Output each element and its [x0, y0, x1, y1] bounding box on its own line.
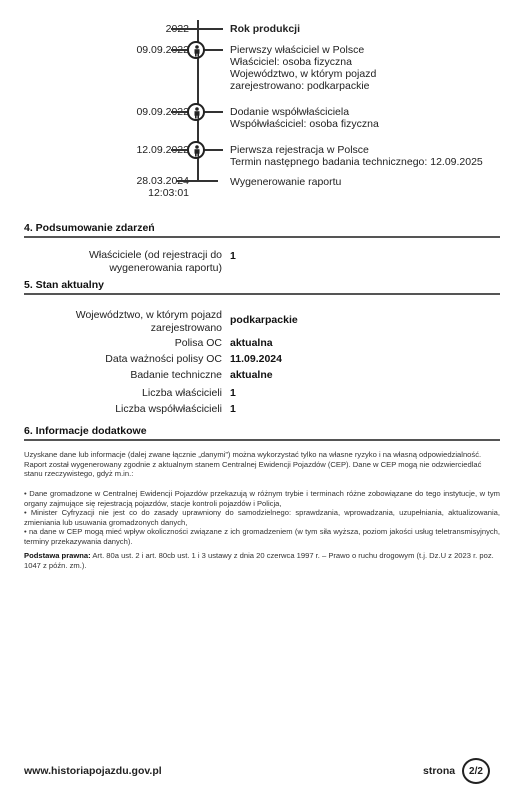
- legal-basis-text: Art. 80a ust. 2 i art. 80cb ust. 1 i 3 u…: [24, 551, 494, 570]
- kv-label: Data ważności polisy OC: [105, 353, 222, 366]
- person-icon: [187, 141, 205, 159]
- section-title-summary: 4. Podsumowanie zdarzeń: [24, 222, 500, 238]
- kv-value: aktualne: [230, 369, 273, 382]
- kv-label: Liczba właścicieli: [142, 387, 222, 400]
- kv-value: aktualna: [230, 337, 273, 350]
- info-bullet: • Dane gromadzone w Centralnej Ewidencji…: [24, 489, 500, 508]
- kv-label: Liczba współwłaścicieli: [115, 403, 222, 416]
- section-title-additional-info: 6. Informacje dodatkowe: [24, 425, 500, 441]
- page-number-badge: 2/2: [462, 758, 490, 784]
- section-title-current-state: 5. Stan aktualny: [24, 279, 500, 295]
- info-bullet: • na dane w CEP mogą mieć wpływ okoliczn…: [24, 527, 500, 546]
- kv-value: 11.09.2024: [230, 353, 282, 366]
- legal-basis-label: Podstawa prawna:: [24, 551, 91, 560]
- info-intro: Uzyskane dane lub informacje (dalej zwan…: [24, 450, 500, 479]
- info-bullets: • Dane gromadzone w Centralnej Ewidencji…: [24, 489, 500, 547]
- event-detail: Województwo, w którym pojazd: [230, 68, 376, 80]
- event-detail: zarejestrowano: podkarpackie: [230, 80, 370, 92]
- kv-label: Właściciele (od rejestracji do wygenerow…: [89, 249, 222, 274]
- legal-basis: Podstawa prawna: Art. 80a ust. 2 i art. …: [24, 551, 500, 570]
- footer-website-link[interactable]: www.historiapojazdu.gov.pl: [24, 765, 162, 777]
- event-detail: Współwłaściciel: osoba fizyczna: [230, 118, 379, 130]
- kv-value: 1: [230, 250, 236, 263]
- kv-value: 1: [230, 387, 236, 400]
- event-title: Pierwsza rejestracja w Polsce: [230, 144, 369, 156]
- kv-label-line: Właściciele (od rejestracji do: [89, 249, 222, 262]
- timeline-end-bar: [176, 180, 218, 182]
- event-title: Rok produkcji: [230, 23, 300, 35]
- event-detail: Termin następnego badania technicznego: …: [230, 156, 483, 168]
- event-title: Dodanie współwłaściciela: [230, 106, 349, 118]
- kv-label-line: Województwo, w którym pojazd: [76, 309, 222, 322]
- page-label: strona: [423, 765, 455, 777]
- kv-value: podkarpackie: [230, 314, 298, 327]
- kv-label: Polisa OC: [175, 337, 222, 350]
- info-bullet: • Minister Cyfryzacji nie jest co do zas…: [24, 508, 500, 527]
- kv-label-line: wygenerowania raportu): [89, 262, 222, 275]
- kv-label: Województwo, w którym pojazd zarejestrow…: [76, 309, 222, 334]
- kv-value: 1: [230, 403, 236, 416]
- event-detail: Właściciel: osoba fizyczna: [230, 56, 352, 68]
- event-time: 12:03:01: [148, 187, 189, 199]
- timeline-tick: [171, 28, 223, 30]
- kv-label: Badanie techniczne: [130, 369, 222, 382]
- person-icon: [187, 41, 205, 59]
- event-title: Wygenerowanie raportu: [230, 176, 341, 188]
- event-title: Pierwszy właściciel w Polsce: [230, 44, 364, 56]
- person-icon: [187, 103, 205, 121]
- kv-label-line: zarejestrowano: [76, 322, 222, 335]
